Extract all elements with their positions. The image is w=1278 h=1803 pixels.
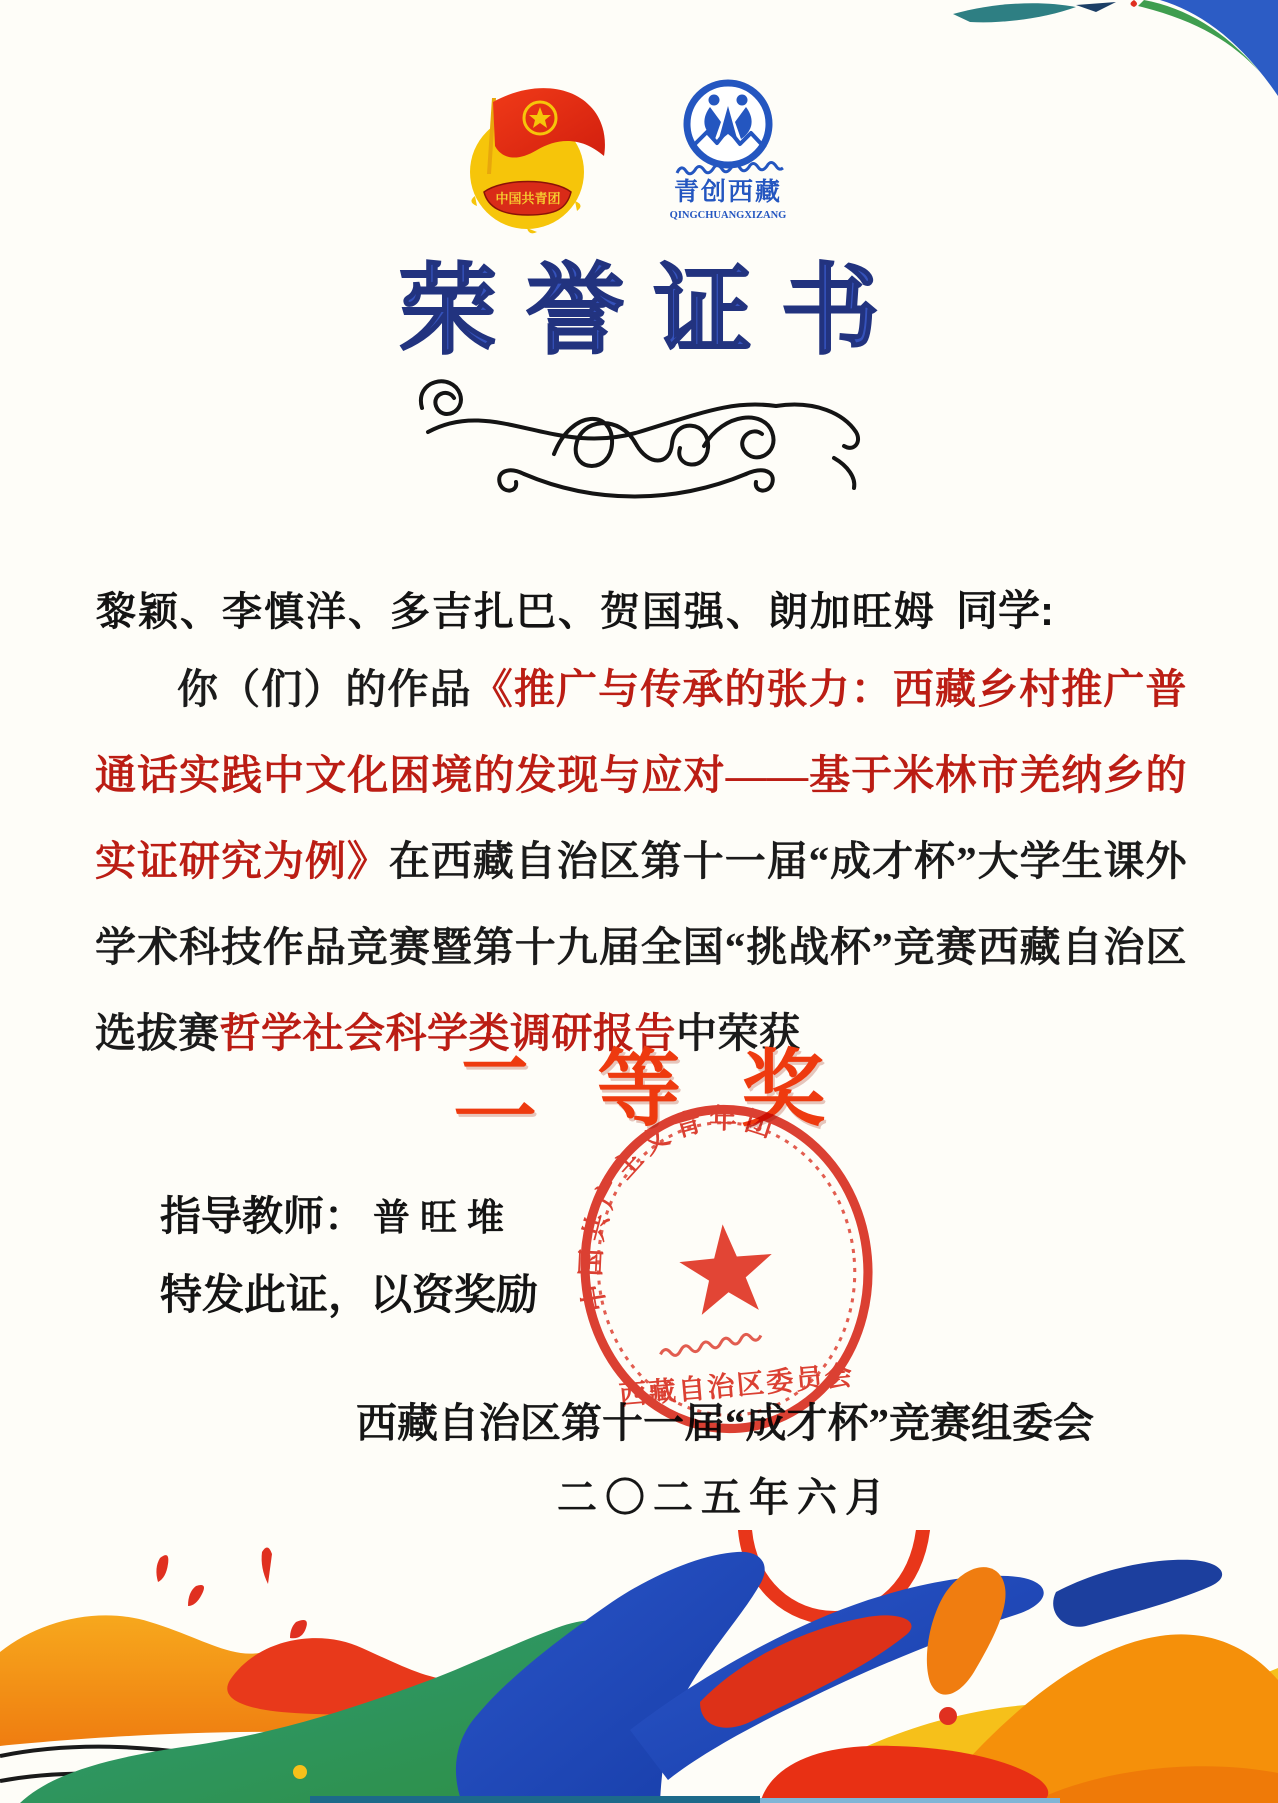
red-speck bbox=[1131, 0, 1138, 7]
certificate-title: 荣誉证书 bbox=[0, 232, 1278, 373]
recipients-suffix: 同学: bbox=[956, 587, 1054, 634]
header-logos: 中国共青团 青创西藏 QINGCHUANGXIZANG bbox=[0, 76, 1264, 241]
flourish-ornament bbox=[404, 362, 874, 520]
emblem-band-text: 中国共青团 bbox=[495, 191, 560, 206]
seal-tibetan-line-decoration bbox=[659, 1333, 762, 1357]
date-line: 二〇二五年六月 bbox=[0, 1466, 1278, 1523]
red-droplet-4 bbox=[290, 1620, 307, 1638]
light-bottom-strip bbox=[760, 1798, 1060, 1803]
qingchuang-xizang-logo: 青创西藏 QINGCHUANGXIZANG bbox=[663, 76, 793, 241]
seal-star-icon bbox=[676, 1220, 776, 1316]
red-droplet-3 bbox=[262, 1547, 272, 1584]
qingchuang-xizang-logo-icon: 青创西藏 QINGCHUANGXIZANG bbox=[663, 76, 793, 241]
recipients-line: 黎颖、李慎洋、多吉扎巴、贺国强、朗加旺姆同学: bbox=[96, 578, 1186, 638]
red-droplet-1 bbox=[156, 1555, 168, 1582]
advisor-line: 指导教师：普旺堆 bbox=[160, 1183, 514, 1242]
certificate-page: 中国共青团 青创西藏 QINGCHUANGXIZANG 荣誉证书 bbox=[0, 0, 1278, 1803]
advisor-name: 普旺堆 bbox=[373, 1198, 514, 1239]
seal-bottom-text: 西藏自治区委员会 bbox=[618, 1360, 855, 1410]
body-lead: 你（们）的作品 bbox=[177, 666, 472, 712]
advisor-label: 指导教师： bbox=[160, 1193, 365, 1239]
official-seal: 中国共产主义青年团 西藏自治区委员会 bbox=[560, 1087, 893, 1450]
certificate-body: 你（们）的作品《推广与传承的张力：西藏乡村推广普通话实践中文化困境的发现与应对—… bbox=[95, 646, 1187, 1076]
bottom-wave-artwork bbox=[0, 1530, 1278, 1803]
logo-cn-text: 青创西藏 bbox=[674, 177, 782, 206]
issue-statement: 特发此证，以资奖励 bbox=[160, 1262, 538, 1322]
red-droplet-2 bbox=[188, 1585, 204, 1606]
communist-youth-league-emblem-icon: 中国共青团 bbox=[457, 76, 607, 236]
logo-en-text: QINGCHUANGXIZANG bbox=[670, 210, 787, 221]
recipient-names: 黎颖、李慎洋、多吉扎巴、贺国强、朗加旺姆 bbox=[96, 589, 936, 634]
navy-swoosh bbox=[1053, 1560, 1222, 1627]
yellow-dot bbox=[293, 1765, 307, 1779]
dark-bottom-strip bbox=[310, 1796, 760, 1803]
navy-sliver bbox=[1076, 2, 1116, 12]
red-dot bbox=[939, 1707, 957, 1725]
teal-swoosh bbox=[953, 3, 1076, 22]
